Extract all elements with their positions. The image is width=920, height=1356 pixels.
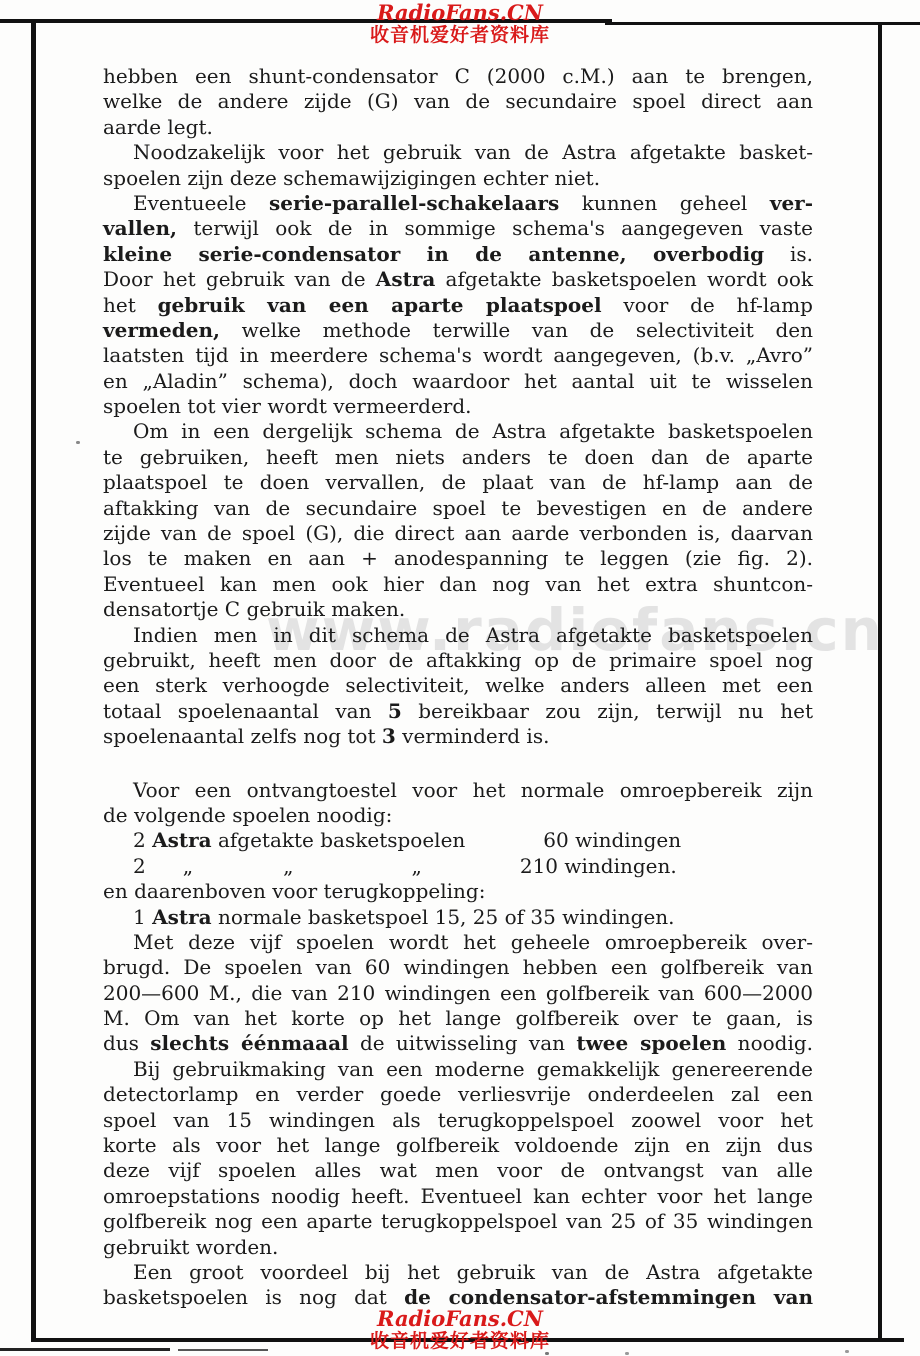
bold-text-segment: kleine serie-condensator in de antenne, … — [103, 242, 764, 266]
text-line: deze vijf spoelen alles wat men voor de … — [103, 1158, 813, 1183]
bold-text-segment: slechts éénmaaal — [150, 1031, 348, 1055]
text-segment: 2 — [133, 828, 152, 852]
text-segment: verminderd is. — [396, 724, 550, 748]
text-segment: kunnen geheel — [559, 191, 770, 215]
text-line: detectorlamp en verder goede verliesvrij… — [103, 1082, 813, 1107]
text-line: vallen, terwijl ook de in sommige schema… — [103, 216, 813, 241]
text-line: aftakking van de secundaire spoel te bev… — [103, 496, 813, 521]
ink-speck — [76, 441, 80, 444]
text-segment: afgetakte basketspoelen wordt ook — [435, 267, 813, 291]
text-line: densatortje C gebruik maken. — [103, 597, 813, 622]
text-segment: 60 windingen — [543, 828, 681, 852]
text-segment: Door het gebruik van de — [103, 267, 376, 291]
text-segment: voor de hf-lamp — [602, 293, 813, 317]
text-segment: noodig. — [726, 1031, 813, 1055]
text-segment: laatsten tijd in meerdere schema's wordt… — [103, 343, 813, 367]
text-segment: het — [103, 293, 158, 317]
text-segment: zijde van de spoel (G), die direct aan a… — [103, 521, 813, 545]
text-segment: 210 windingen. — [520, 854, 677, 878]
text-segment: 2 — [133, 854, 146, 878]
text-line: Eventueele serie-parallel-schakelaars ku… — [103, 191, 813, 216]
text-segment: „ — [411, 854, 421, 878]
text-segment: een sterk verhoogde selectiviteit, welke… — [103, 673, 813, 697]
text-line: een sterk verhoogde selectiviteit, welke… — [103, 673, 813, 698]
text-segment: omroepstations noodig heeft. Eventueel k… — [103, 1184, 813, 1208]
text-line: Eventueel kan men ook hier dan nog van h… — [103, 572, 813, 597]
text-segment: de uitwisseling van — [349, 1031, 577, 1055]
bold-text-segment: Astra — [152, 828, 212, 852]
text-line: omroepstations noodig heeft. Eventueel k… — [103, 1184, 813, 1209]
text-line: hebben een shunt-condensator C (2000 c.M… — [103, 64, 813, 89]
text-line: en daarenboven voor terugkoppeling: — [103, 879, 813, 904]
text-segment: spoelenaantal zelfs nog tot — [103, 724, 382, 748]
text-segment: gebruikt worden. — [103, 1235, 278, 1259]
bold-text-segment: Astra — [152, 905, 212, 929]
ink-speck — [625, 1352, 629, 1355]
text-line: Een groot voordeel bij het gebruik van d… — [103, 1260, 813, 1285]
text-segment: los te maken en aan + anodespanning te l… — [103, 546, 813, 570]
watermark-top: RadioFans.CN 收音机爱好者资料库 — [0, 2, 920, 46]
text-segment: terwijl ook de in sommige schema's aange… — [177, 216, 813, 240]
text-line: Voor een ontvangtoestel voor het normale… — [103, 778, 813, 803]
text-line: spoel van 15 windingen als terugkoppelsp… — [103, 1108, 813, 1133]
text-segment: hebben een shunt-condensator C (2000 c.M… — [103, 64, 813, 88]
text-segment: normale basketspoel 15, 25 of 35 winding… — [212, 905, 675, 929]
text-line: 1 Astra normale basketspoel 15, 25 of 35… — [103, 905, 813, 930]
page-border-right — [878, 23, 882, 1340]
text-line: M. Om van het korte op het lange golfber… — [103, 1006, 813, 1031]
text-segment: Indien men in dit schema de Astra afgeta… — [133, 623, 813, 647]
text-line: Door het gebruik van de Astra afgetakte … — [103, 267, 813, 292]
text-line: Bij gebruikmaking van een moderne gemakk… — [103, 1057, 813, 1082]
text-line: welke de andere zijde (G) van de secunda… — [103, 89, 813, 114]
text-line: gebruikt, heeft men door de aftakking op… — [103, 648, 813, 673]
bold-text-segment: Astra — [376, 267, 436, 291]
text-segment: deze vijf spoelen alles wat men voor de … — [103, 1158, 813, 1182]
bold-text-segment: serie-parallel-schakelaars — [269, 191, 559, 215]
document-page: www.radiofans.cn RadioFans.CN 收音机爱好者资料库 … — [0, 0, 920, 1356]
text-line: en „Aladin” schema), doch waardoor het a… — [103, 369, 813, 394]
text-segment: totaal spoelenaantal van — [103, 699, 388, 723]
text-segment: dus — [103, 1031, 150, 1055]
text-line: Om in een dergelijk schema de Astra afge… — [103, 419, 813, 444]
ink-speck — [545, 1352, 549, 1355]
bold-text-segment: twee spoelen — [576, 1031, 726, 1055]
bold-text-segment: vermeden, — [103, 318, 220, 342]
text-segment: Een groot voordeel bij het gebruik van d… — [133, 1260, 813, 1284]
text-segment: Bij gebruikmaking van een moderne gemakk… — [133, 1057, 813, 1081]
text-line: spoelen tot vier wordt vermeerderd. — [103, 394, 813, 419]
text-segment: plaatspoel te doen vervallen, de plaat v… — [103, 470, 813, 494]
text-segment: Eventueele — [133, 191, 269, 215]
text-segment: is. — [764, 242, 813, 266]
text-segment: „ — [183, 854, 193, 878]
watermark-bottom-caption: 收音机爱好者资料库 — [0, 1330, 920, 1352]
bold-text-segment: gebruik van een aparte plaatspoel — [158, 293, 602, 317]
text-segment: basketspoelen is nog dat — [103, 1285, 404, 1309]
text-segment: spoel van 15 windingen als terugkoppelsp… — [103, 1108, 813, 1132]
text-line: zijde van de spoel (G), die direct aan a… — [103, 521, 813, 546]
text-line: spoelenaantal zelfs nog tot 3 verminderd… — [103, 724, 813, 749]
text-segment: densatortje C gebruik maken. — [103, 597, 405, 621]
watermark-bottom: RadioFans.CN 收音机爱好者资料库 — [0, 1308, 920, 1352]
text-line: 200—600 M., die van 210 windingen een go… — [103, 981, 813, 1006]
text-segment: Voor een ontvangtoestel voor het normale… — [133, 778, 813, 802]
text-segment: welke de andere zijde (G) van de secunda… — [103, 89, 813, 113]
text-line: het gebruik van een aparte plaatspoel vo… — [103, 293, 813, 318]
text-line: Met deze vijf spoelen wordt het geheele … — [103, 930, 813, 955]
text-segment: brugd. De spoelen van 60 windingen hebbe… — [103, 955, 813, 979]
text-segment: korte als voor het lange golfbereik vold… — [103, 1133, 813, 1157]
text-segment: golfbereik nog een aparte terugkoppelspo… — [103, 1209, 813, 1233]
text-line: los te maken en aan + anodespanning te l… — [103, 546, 813, 571]
text-segment: spoelen zijn deze schemawijzigingen echt… — [103, 166, 600, 190]
text-segment: aftakking van de secundaire spoel te bev… — [103, 496, 813, 520]
text-line: korte als voor het lange golfbereik vold… — [103, 1133, 813, 1158]
text-segment: detectorlamp en verder goede verliesvrij… — [103, 1082, 813, 1106]
text-line: vermeden, welke methode terwille van de … — [103, 318, 813, 343]
text-line: gebruikt worden. — [103, 1235, 813, 1260]
text-line: plaatspoel te doen vervallen, de plaat v… — [103, 470, 813, 495]
bold-text-segment: 5 — [388, 699, 402, 723]
text-line: dus slechts éénmaaal de uitwisseling van… — [103, 1031, 813, 1056]
text-segment: 1 — [133, 905, 152, 929]
text-line: brugd. De spoelen van 60 windingen hebbe… — [103, 955, 813, 980]
text-segment: afgetakte basketspoelen — [212, 828, 466, 852]
text-line: 2„„„210 windingen. — [103, 854, 813, 879]
text-segment: Om in een dergelijk schema de Astra afge… — [133, 419, 813, 443]
text-line: golfbereik nog een aparte terugkoppelspo… — [103, 1209, 813, 1234]
bold-text-segment: ver- — [770, 191, 813, 215]
text-line: aarde legt. — [103, 115, 813, 140]
text-segment: welke methode terwille van de selectivit… — [220, 318, 813, 342]
bold-text-segment: 3 — [382, 724, 396, 748]
bold-text-segment: vallen, — [103, 216, 177, 240]
text-block: hebben een shunt-condensator C (2000 c.M… — [103, 64, 813, 1311]
text-line: te gebruiken, heeft men niets anders te … — [103, 445, 813, 470]
text-segment: spoelen tot vier wordt vermeerderd. — [103, 394, 472, 418]
text-segment: Noodzakelijk voor het gebruik van de Ast… — [133, 140, 813, 164]
text-segment: M. Om van het korte op het lange golfber… — [103, 1006, 813, 1030]
text-line: 2 Astra afgetakte basketspoelen60 windin… — [103, 828, 813, 853]
text-line: laatsten tijd in meerdere schema's wordt… — [103, 343, 813, 368]
text-line: spoelen zijn deze schemawijzigingen echt… — [103, 166, 813, 191]
text-segment: Eventueel kan men ook hier dan nog van h… — [103, 572, 813, 596]
text-line: Noodzakelijk voor het gebruik van de Ast… — [103, 140, 813, 165]
text-line: de volgende spoelen noodig: — [103, 803, 813, 828]
watermark-top-site-name: RadioFans.CN — [0, 2, 920, 24]
page-border-left — [31, 20, 36, 1342]
text-segment: bereikbaar zou zijn, terwijl nu het — [402, 699, 813, 723]
watermark-top-caption: 收音机爱好者资料库 — [0, 24, 920, 46]
text-segment: te gebruiken, heeft men niets anders te … — [103, 445, 813, 469]
text-segment: en „Aladin” schema), doch waardoor het a… — [103, 369, 813, 393]
text-line: Indien men in dit schema de Astra afgeta… — [103, 623, 813, 648]
text-line: totaal spoelenaantal van 5 bereikbaar zo… — [103, 699, 813, 724]
text-segment: 200—600 M., die van 210 windingen een go… — [103, 981, 813, 1005]
watermark-bottom-site-name: RadioFans.CN — [0, 1308, 920, 1330]
text-segment: en daarenboven voor terugkoppeling: — [103, 879, 485, 903]
text-segment: aarde legt. — [103, 115, 213, 139]
text-segment: de volgende spoelen noodig: — [103, 803, 392, 827]
text-segment: „ — [283, 854, 293, 878]
text-segment: Met deze vijf spoelen wordt het geheele … — [133, 930, 813, 954]
text-segment: gebruikt, heeft men door de aftakking op… — [103, 648, 813, 672]
text-line: kleine serie-condensator in de antenne, … — [103, 242, 813, 267]
